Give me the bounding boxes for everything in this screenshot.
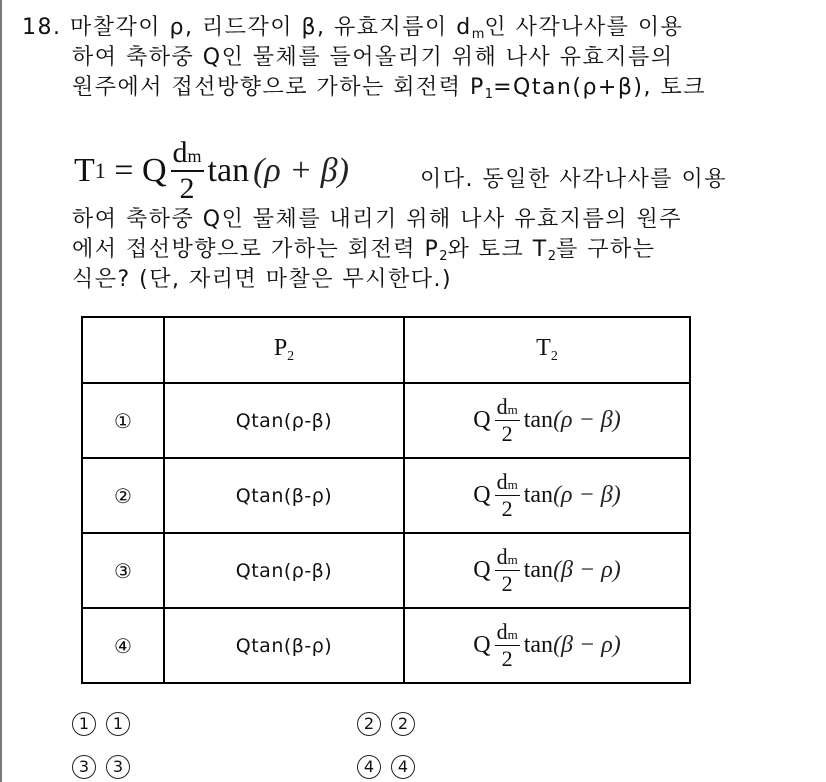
answer-choice-3[interactable]: 33 [72, 753, 140, 779]
fraction: dm2 [495, 621, 520, 670]
answer-number-badge: 3 [72, 755, 96, 779]
option-label: ① [82, 383, 164, 458]
question-text: 를 구하는 [556, 237, 656, 262]
table-row: ③ Qtan(ρ-β) Qdm2tan(β − ρ) [82, 533, 690, 608]
subscript: 2 [551, 349, 558, 364]
fraction-denominator: 2 [502, 421, 513, 445]
options-table: P2 T2 ① Qtan(ρ-β) Qdm2tan(ρ − β) ② Qtan(… [81, 316, 691, 684]
formula-symbol: d [173, 136, 188, 169]
question-line-2: 하여 축하중 Q인 물체를 들어올리기 위해 나사 유효지름의 [72, 44, 674, 72]
formula-function: tan [524, 557, 553, 584]
formula-symbol: d [497, 619, 508, 644]
formula-args: (ρ + β) [253, 152, 349, 190]
table-row: ② Qtan(β-ρ) Qdm2tan(ρ − β) [82, 458, 690, 533]
fraction-numerator: dm [171, 138, 204, 172]
fraction: dm2 [495, 471, 520, 520]
subscript: 2 [439, 249, 447, 264]
p2-value: Qtan(ρ-β) [164, 383, 404, 458]
torque-formula-t1: T1 = Q dm 2 tan (ρ + β) [74, 138, 349, 204]
formula-symbol: Q [473, 632, 490, 659]
p2-value: Qtan(ρ-β) [164, 533, 404, 608]
subscript: 2 [287, 349, 294, 364]
t2-value: Qdm2tan(β − ρ) [404, 533, 690, 608]
fraction-denominator: 2 [502, 496, 513, 520]
answer-text: 1 [106, 712, 130, 736]
fraction: dm2 [495, 396, 520, 445]
question-text: 마찰각이 ρ, 리드각이 β, 유효지름이 d [70, 15, 472, 40]
t2-value: Qdm2tan(ρ − β) [404, 383, 690, 458]
table-header-row: P2 T2 [82, 317, 690, 383]
question-text: 에서 접선방향으로 가하는 회전력 P [72, 237, 439, 262]
subscript: m [508, 402, 518, 417]
t2-formula: Qdm2tan(β − ρ) [473, 621, 620, 670]
formula-function: tan [208, 152, 250, 190]
subscript: 2 [548, 249, 556, 264]
answer-text: 2 [391, 712, 415, 736]
fraction: dm 2 [171, 138, 204, 204]
answer-text: 3 [106, 755, 130, 779]
fraction-numerator: dm [495, 621, 520, 646]
option-label: ③ [82, 533, 164, 608]
formula-function: tan [524, 632, 553, 659]
question-text: =Qtan(ρ+β), 토크 [493, 75, 706, 100]
p2-value: Qtan(β-ρ) [164, 608, 404, 683]
subscript: 1 [95, 158, 106, 184]
answer-choice-1[interactable]: 11 [72, 710, 140, 736]
table-row: ④ Qtan(β-ρ) Qdm2tan(β − ρ) [82, 608, 690, 683]
fraction-numerator: dm [495, 471, 520, 496]
question-line-3: 원주에서 접선방향으로 가하는 회전력 P1=Qtan(ρ+β), 토크 [72, 74, 706, 109]
subscript: m [472, 27, 485, 42]
formula-args: (β − ρ) [553, 632, 621, 659]
answer-choice-4[interactable]: 44 [357, 753, 425, 779]
formula-symbol: Q [473, 482, 490, 509]
formula-symbol: Q [473, 557, 490, 584]
fraction-denominator: 2 [502, 646, 513, 670]
question-number: 18. [22, 15, 62, 40]
formula-args: (β − ρ) [553, 557, 621, 584]
question-text: 인 사각나사를 이용 [484, 15, 683, 40]
formula-args: (ρ − β) [553, 407, 621, 434]
option-label: ② [82, 458, 164, 533]
formula-symbol: d [497, 394, 508, 419]
formula-symbol: d [497, 544, 508, 569]
header-symbol: T [536, 335, 551, 361]
t2-value: Qdm2tan(β − ρ) [404, 608, 690, 683]
answer-choice-2[interactable]: 22 [357, 710, 425, 736]
answer-number-badge: 4 [357, 755, 381, 779]
formula-args: (ρ − β) [553, 482, 621, 509]
formula-function: tan [524, 407, 553, 434]
answer-text: 4 [391, 755, 415, 779]
subscript: m [508, 552, 518, 567]
formula-symbol: d [497, 469, 508, 494]
answer-number-badge: 2 [357, 712, 381, 736]
fraction-numerator: dm [495, 396, 520, 421]
table-row: ① Qtan(ρ-β) Qdm2tan(ρ − β) [82, 383, 690, 458]
fraction: dm2 [495, 546, 520, 595]
answer-number-badge: 1 [72, 712, 96, 736]
p2-value: Qtan(β-ρ) [164, 458, 404, 533]
question-line-5: 하여 축하중 Q인 물체를 내리기 위해 나사 유효지름의 원주 [72, 206, 682, 234]
fraction-numerator: dm [495, 546, 520, 571]
t2-formula: Qdm2tan(ρ − β) [473, 396, 620, 445]
header-symbol: P [274, 335, 287, 361]
question-text: 원주에서 접선방향으로 가하는 회전력 P [72, 75, 485, 100]
fraction-denominator: 2 [180, 172, 195, 204]
formula-symbol: Q [473, 407, 490, 434]
question-line-4: 이다. 동일한 사각나사를 이용 [420, 166, 727, 194]
header-cell-empty [82, 317, 164, 383]
question-line-7: 식은? (단, 자리면 마찰은 무시한다.) [72, 266, 452, 294]
t2-formula: Qdm2tan(β − ρ) [473, 546, 620, 595]
question-text: 와 토크 T [448, 237, 548, 262]
header-cell-p2: P2 [164, 317, 404, 383]
subscript: 1 [485, 87, 493, 102]
subscript: m [188, 146, 202, 166]
t2-value: Qdm2tan(ρ − β) [404, 458, 690, 533]
fraction-denominator: 2 [502, 571, 513, 595]
formula-function: tan [524, 482, 553, 509]
page-left-border [0, 0, 2, 782]
header-cell-t2: T2 [404, 317, 690, 383]
option-label: ④ [82, 608, 164, 683]
t2-formula: Qdm2tan(ρ − β) [473, 471, 620, 520]
formula-equals: = Q [106, 152, 167, 190]
subscript: m [508, 477, 518, 492]
subscript: m [508, 627, 518, 642]
formula-symbol: T [74, 152, 95, 190]
